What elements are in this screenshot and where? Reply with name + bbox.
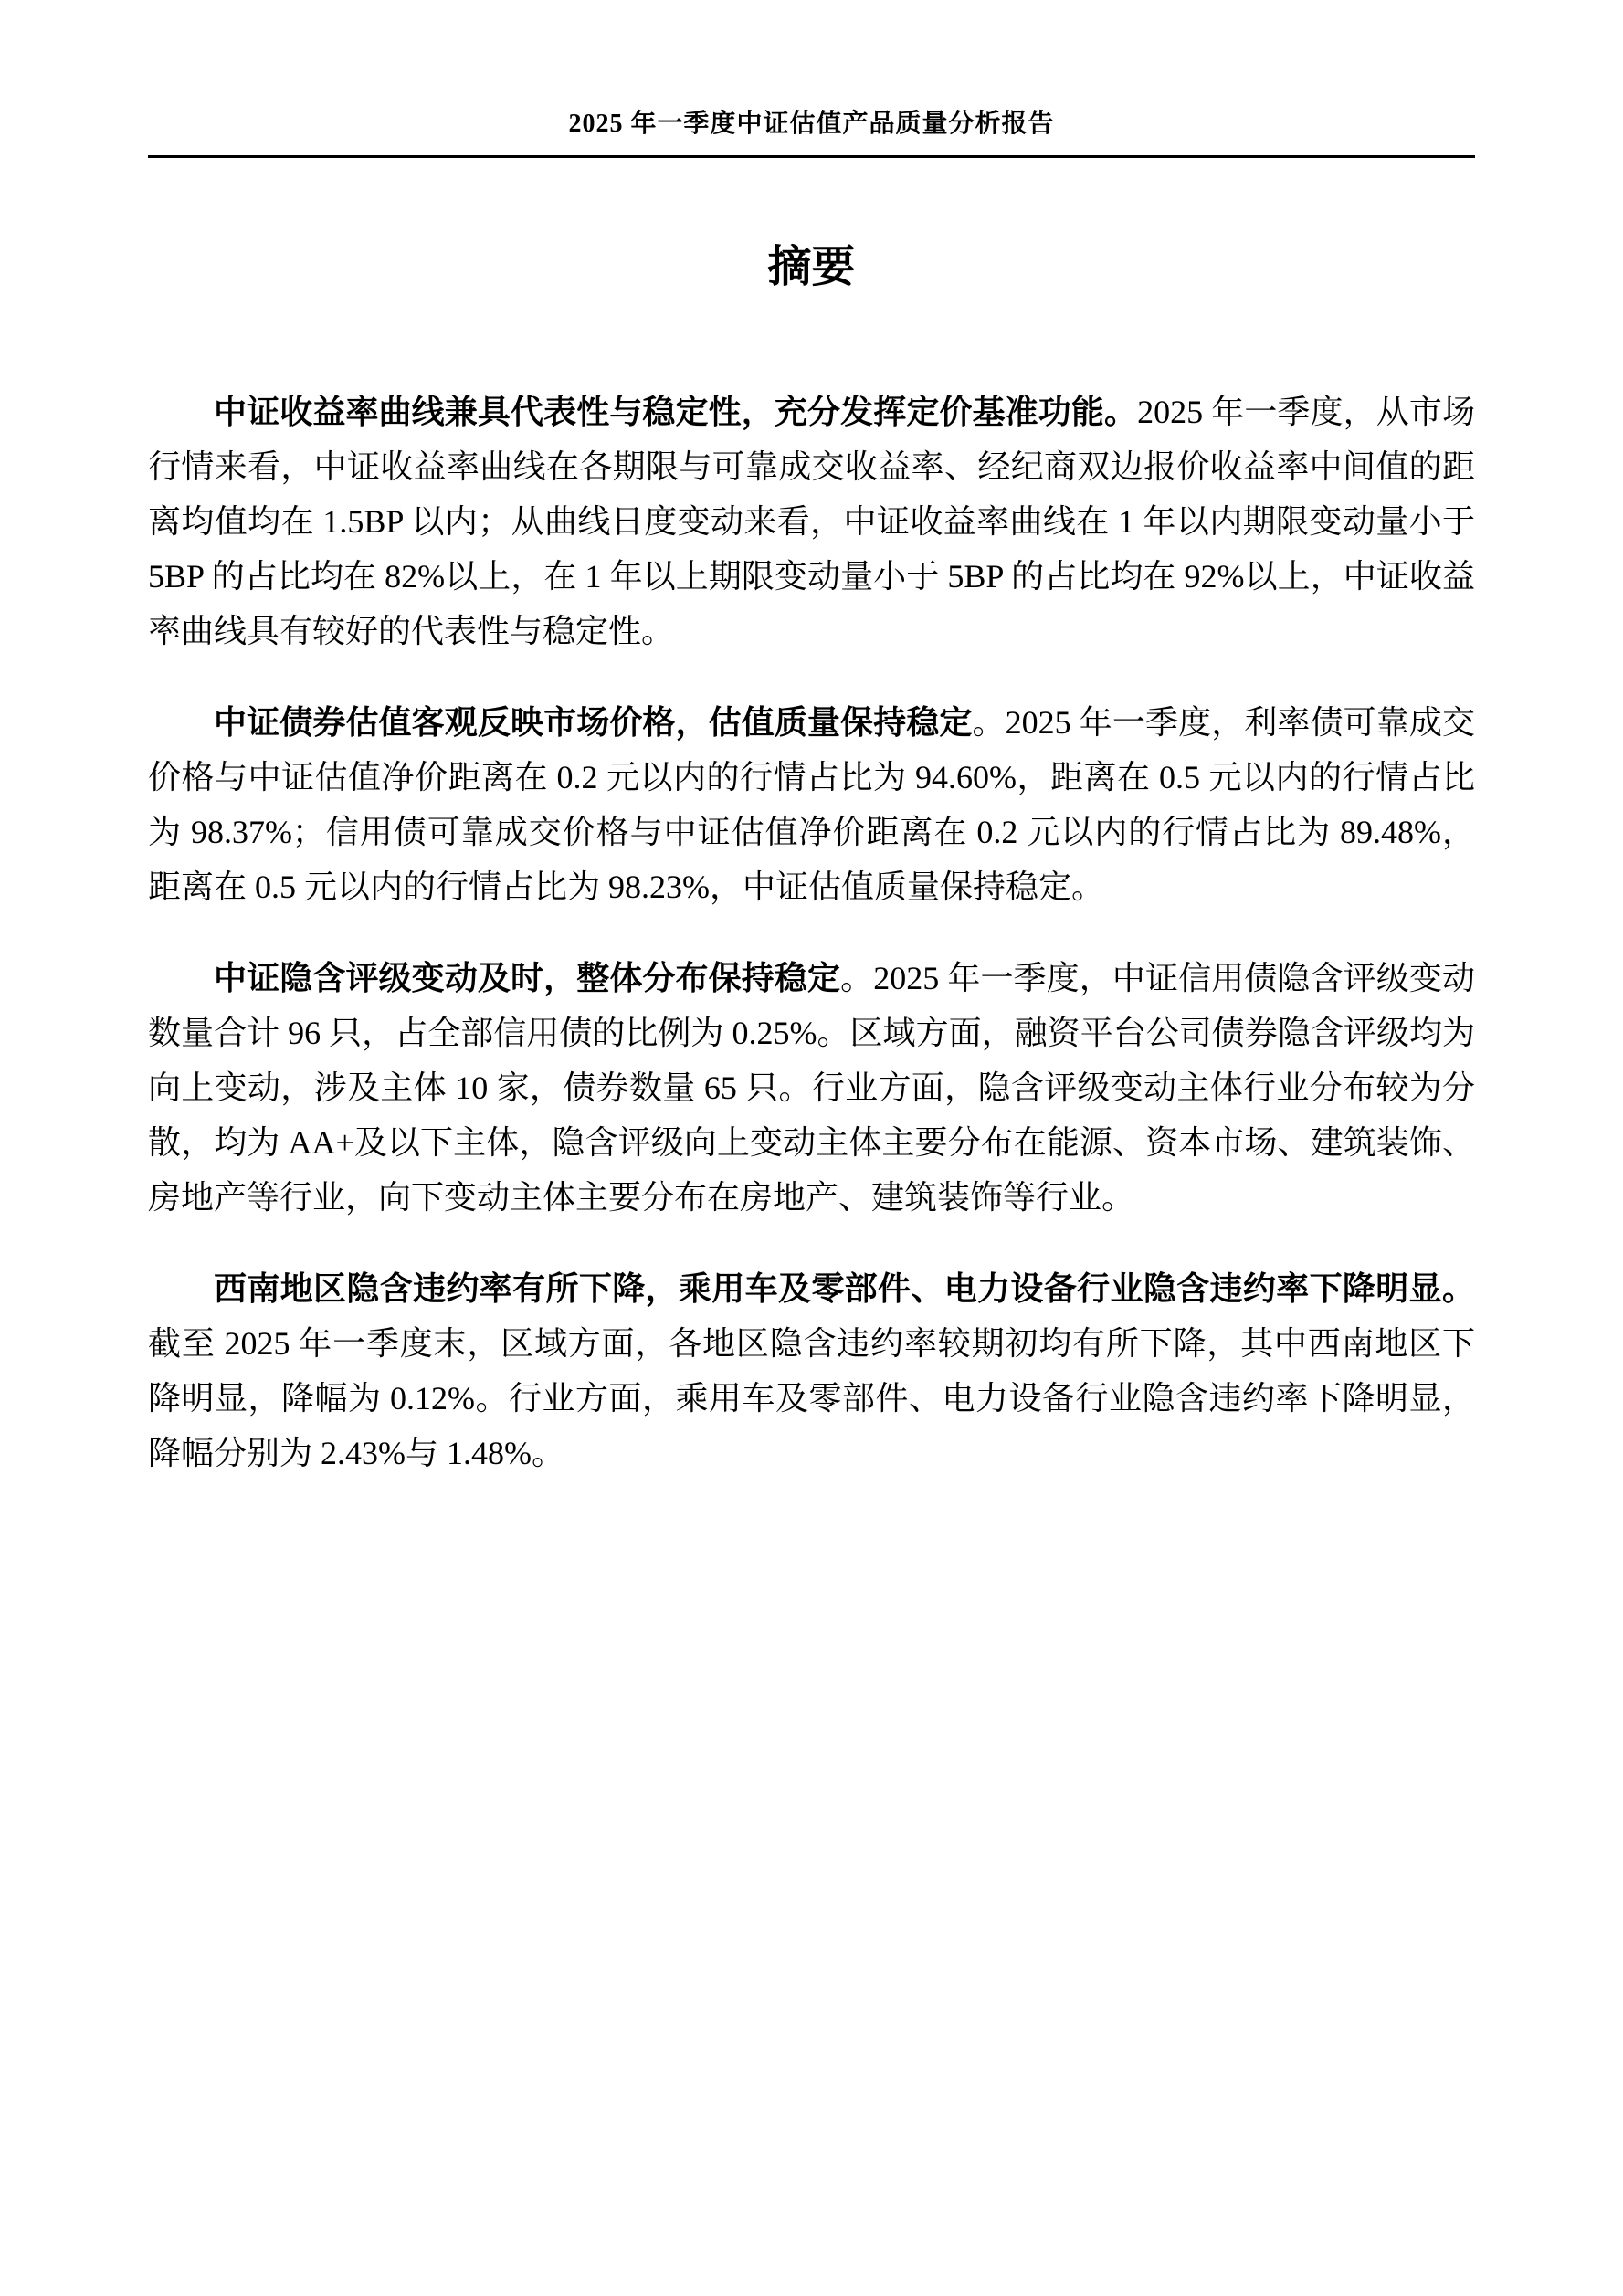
paragraph-yield-curve-lead: 中证收益率曲线兼具代表性与稳定性，充分发挥定价基准功能。 xyxy=(214,394,1137,430)
paragraph-implied-rating-lead: 中证隐含评级变动及时，整体分布保持稳定 xyxy=(214,960,840,996)
page-header: 2025 年一季度中证估值产品质量分析报告 xyxy=(148,0,1475,142)
paragraph-bond-valuation-lead: 中证债券估值客观反映市场价格，估值质量保持稳定 xyxy=(214,704,973,741)
report-page: 2025 年一季度中证估值产品质量分析报告 摘要 中证收益率曲线兼具代表性与稳定… xyxy=(0,0,1623,2296)
header-rule xyxy=(148,155,1475,158)
paragraph-implied-rating: 中证隐含评级变动及时，整体分布保持稳定。2025 年一季度，中证信用债隐含评级变… xyxy=(148,951,1475,1225)
paragraph-implied-rating-text: 。2025 年一季度，中证信用债隐含评级变动数量合计 96 只，占全部信用债的比… xyxy=(148,960,1475,1216)
page-header-title: 2025 年一季度中证估值产品质量分析报告 xyxy=(148,106,1475,142)
paragraph-bond-valuation: 中证债券估值客观反映市场价格，估值质量保持稳定。2025 年一季度，利率债可靠成… xyxy=(148,695,1475,914)
paragraph-implied-default-rate-text: 截至 2025 年一季度末，区域方面，各地区隐含违约率较期初均有所下降，其中西南… xyxy=(148,1325,1475,1471)
document-page: { "document": { "header_title": "2025 年一… xyxy=(0,0,1623,2296)
paragraph-implied-default-rate-lead: 西南地区隐含违约率有所下降，乘用车及零部件、电力设备行业隐含违约率下降明显。 xyxy=(214,1270,1475,1307)
paragraph-yield-curve-text: 2025 年一季度，从市场行情来看，中证收益率曲线在各期限与可靠成交收益率、经纪… xyxy=(148,394,1475,649)
paragraph-implied-default-rate: 西南地区隐含违约率有所下降，乘用车及零部件、电力设备行业隐含违约率下降明显。截至… xyxy=(148,1261,1475,1480)
section-title: 摘要 xyxy=(0,244,1623,291)
document-body: 中证收益率曲线兼具代表性与稳定性，充分发挥定价基准功能。2025 年一季度，从市… xyxy=(148,384,1475,1480)
paragraph-yield-curve: 中证收益率曲线兼具代表性与稳定性，充分发挥定价基准功能。2025 年一季度，从市… xyxy=(148,384,1475,658)
